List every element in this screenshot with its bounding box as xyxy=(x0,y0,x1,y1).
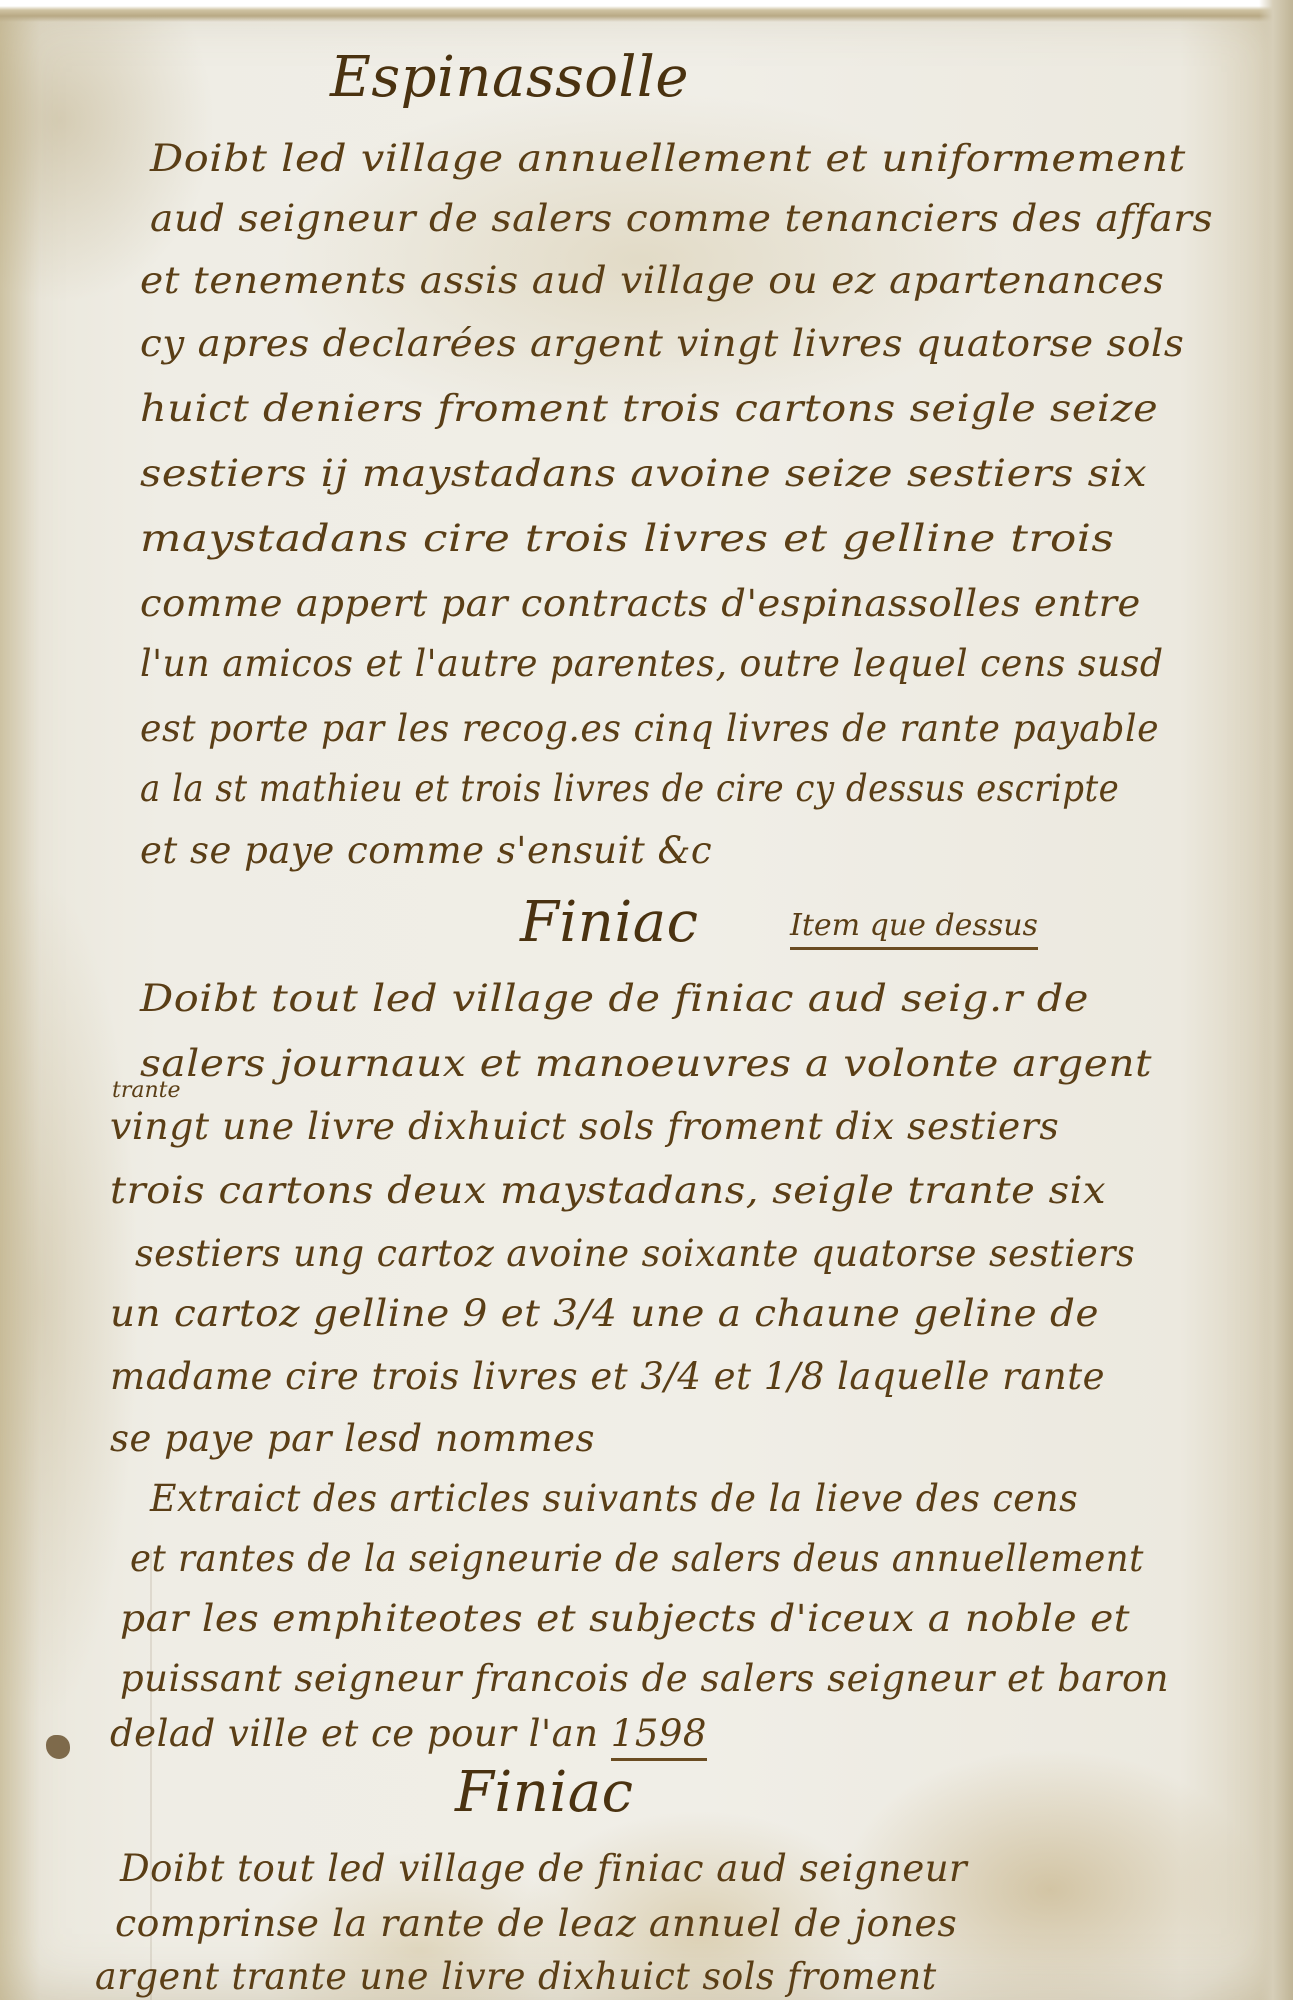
manuscript-line: et se paye comme s'ensuit &c xyxy=(140,832,712,869)
ink-blot xyxy=(46,1735,70,1759)
heading-finiac: Finiac xyxy=(520,895,699,951)
manuscript-line: Extraict des articles suivants de la lie… xyxy=(150,1480,1078,1517)
date-year: 1598 xyxy=(611,1712,707,1761)
manuscript-line: un cartoz gelline 9 et 3/4 une a chaune … xyxy=(110,1295,1099,1332)
torn-top-edge xyxy=(0,0,1293,22)
manuscript-line: madame cire trois livres et 3/4 et 1/8 l… xyxy=(110,1358,1105,1395)
manuscript-line: huict deniers froment trois cartons seig… xyxy=(140,390,1158,427)
manuscript-line: par les emphiteotes et subjects d'iceux … xyxy=(120,1600,1130,1637)
manuscript-line: cy apres declarées argent vingt livres q… xyxy=(140,325,1184,362)
manuscript-line: maystadans cire trois livres et gelline … xyxy=(140,520,1114,557)
manuscript-line: sestiers ij maystadans avoine seize sest… xyxy=(140,455,1147,492)
manuscript-line: puissant seigneur francois de salers sei… xyxy=(120,1660,1169,1697)
manuscript-line: delad ville et ce pour l'an 1598 xyxy=(110,1715,707,1752)
annotation-item-que-dessus: Item que dessus xyxy=(790,908,1038,950)
manuscript-line: a la st mathieu et trois livres de cire … xyxy=(140,770,1119,807)
manuscript-line: comprinse la rante de leaz annuel de jon… xyxy=(115,1905,957,1942)
manuscript-line: comme appert par contracts d'espinassoll… xyxy=(140,585,1141,622)
manuscript-line: aud seigneur de salers comme tenanciers … xyxy=(150,200,1213,237)
manuscript-line: Doibt tout led village de finiac aud sei… xyxy=(140,980,1089,1017)
frayed-right-edge xyxy=(1259,0,1293,2000)
manuscript-line: salers journaux et manoeuvres a volonte … xyxy=(140,1045,1152,1082)
manuscript-line: Doibt led village annuellement et unifor… xyxy=(150,140,1186,177)
heading-finiac-2: Finiac xyxy=(455,1765,634,1821)
manuscript-line: et tenements assis aud village ou ez apa… xyxy=(140,262,1164,299)
manuscript-line: se paye par lesd nommes xyxy=(110,1420,595,1457)
manuscript-line: et rantes de la seigneurie de salers deu… xyxy=(130,1540,1144,1577)
heading-espinassolle: Espinassolle xyxy=(330,50,689,106)
manuscript-line: Doibt tout led village de finiac aud sei… xyxy=(120,1850,967,1887)
manuscript-page: Espinassolle Doibt led village annuellem… xyxy=(0,0,1293,2000)
manuscript-text: delad ville et ce pour l'an xyxy=(110,1712,599,1755)
manuscript-line: vingt une livre dixhuict sols froment di… xyxy=(110,1108,1059,1145)
margin-insertion: trante xyxy=(112,1078,181,1103)
manuscript-line: est porte par les recog.es cinq livres d… xyxy=(140,710,1159,747)
manuscript-line: l'un amicos et l'autre parentes, outre l… xyxy=(140,645,1164,682)
manuscript-line: argent trante une livre dixhuict sols fr… xyxy=(95,1958,937,1995)
manuscript-line: sestiers ung cartoz avoine soixante quat… xyxy=(135,1235,1135,1272)
manuscript-line: trois cartons deux maystadans, seigle tr… xyxy=(110,1172,1106,1209)
